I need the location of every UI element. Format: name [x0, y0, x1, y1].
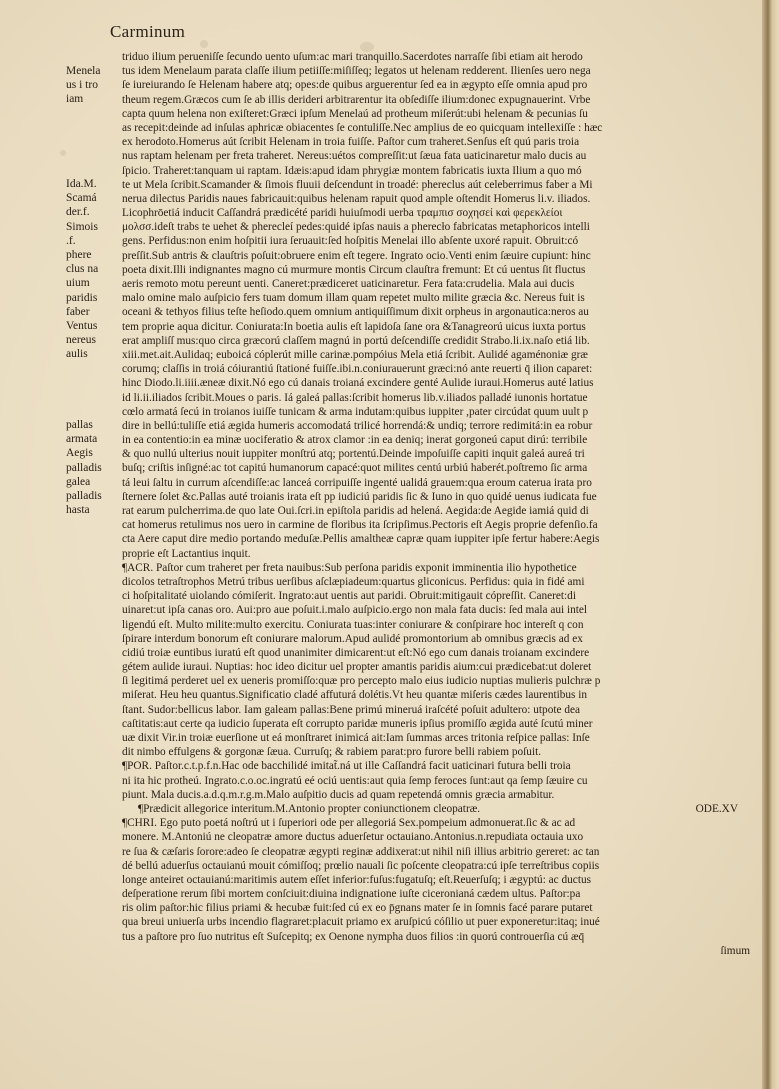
margin-note-line: Menela	[66, 64, 122, 78]
text-line: piunt. Mala ducis.a.d.q.m.r.g.m.Malo auſ…	[122, 788, 762, 802]
text-line: rat earum pulcherrima.de quo late Oui.ſc…	[122, 504, 762, 518]
text-line: uinaret:ut ipſa canas oro. Aui:pro aue p…	[122, 603, 762, 617]
text-line: ſtant. Sudor:bellicus labor. Iam galeam …	[122, 703, 762, 717]
text-line: capta quum helena non exiſteret:Græci ip…	[122, 107, 762, 121]
text-line: ligendú eſt. Multo milite:multo exercitu…	[122, 618, 762, 632]
text-line: cta Aere caput dire medio portando meduſ…	[122, 532, 762, 546]
text-line: monere. M.Antoniú ne cleopatræ amore duc…	[122, 830, 762, 844]
margin-note-line: iam	[66, 92, 122, 106]
paper-stain	[60, 150, 66, 156]
text-line: Licophrōetiá inducit Caſſandrá prædicété…	[122, 206, 762, 220]
margin-note-line: us i tro	[66, 78, 122, 92]
text-line: aeris remoto motu pereunt uenti. Caneret…	[122, 277, 762, 291]
margin-note-line: Aegis	[66, 446, 122, 460]
text-line: deſperatione rerum ſibi mortem conſciuit…	[122, 887, 762, 901]
ode-argument: ¶Prædicit allegorice interitum.M.Antonio…	[138, 803, 480, 815]
text-line: te ut Mela ſcribit.Scamander & ſimois fl…	[122, 178, 762, 192]
text-line: preſſit.Sub antris & clauſtris poſuit:ob…	[122, 249, 762, 263]
text-line: as recepit:deinde ad inſulas aphricæ obi…	[122, 121, 762, 135]
text-line: hinc Diodo.li.iiii.æneæ dixit.Nó ego cú …	[122, 376, 762, 390]
text-line: xiii.met.ait.Aulidaq; euboicá cóplerút m…	[122, 348, 762, 362]
text-line: dit nimbo effulgens & gorgonæ ſæua. Curr…	[122, 745, 762, 759]
text-line: qua breui uniuerſa urbs incendio flagrar…	[122, 915, 762, 929]
margin-note-line: nereus	[66, 333, 122, 347]
margin-note-line: faber	[66, 305, 122, 319]
text-line: oceani & tethyos filius teſte heſiodo.qu…	[122, 305, 762, 319]
margin-note-line: .f.	[66, 234, 122, 248]
text-line: tá leui ſaltu in currum aſcendiſſe:ac la…	[122, 476, 762, 490]
margin-note-line: clus na	[66, 262, 122, 276]
text-line: nus raptam helenam per freta traheret. N…	[122, 149, 762, 163]
text-line: ſpirare interdum bonorum eſt coniurare m…	[122, 632, 762, 646]
text-line: re ſua & cæſaris ſorore:adeo ſe cleopatr…	[122, 845, 762, 859]
text-line: cœlo armatá ſecú in troianos iuiſſe tuni…	[122, 405, 762, 419]
text-line: ris olim paſtor:hic filius priami & hecu…	[122, 901, 762, 915]
book-page: Carminum Menelaus i troiamIda.M.Scamáder…	[0, 0, 779, 1089]
margin-note-line: uium	[66, 276, 122, 290]
text-line: theum regem.Græcos cum ſe ab illis derid…	[122, 93, 762, 107]
ode-number: ODE.XV	[696, 802, 738, 816]
text-line: ſpicio. Traheret:tanquam ui raptam. Idæi…	[122, 164, 762, 178]
text-line: gétem aulide iuraui. Nuptias: hoc ideo d…	[122, 660, 762, 674]
margin-note-group: Menelaus i troiam	[66, 64, 122, 107]
margin-note-line: Ventus	[66, 319, 122, 333]
text-line: cat homerus retulimus nos uero in carmin…	[122, 518, 762, 532]
margin-note-line: palladis	[66, 461, 122, 475]
paper-stain	[200, 40, 208, 48]
text-line: corumq; claſſis in troiá cóiurantiú ſtat…	[122, 362, 762, 376]
margin-note-line: pallas	[66, 418, 122, 432]
text-line: erat ampliſſ mus:quo circa græcorú claſſ…	[122, 334, 762, 348]
text-line: ex herodoto.Homerus aút ſcribit Helenam …	[122, 135, 762, 149]
text-line: triduo ilium perueniſſe ſecundo uento uſ…	[122, 50, 762, 64]
commentary-text-block: triduo ilium perueniſſe ſecundo uento uſ…	[122, 50, 762, 958]
margin-note-line: phere	[66, 248, 122, 262]
text-line: dicolos tetraſtrophos Metrú tribus uerſi…	[122, 575, 762, 589]
text-line: buſq; criſtis inſigné:ac tot capitú huma…	[122, 461, 762, 475]
text-line: ¶CHRI. Ego puto poetá noſtrú ut i ſuperi…	[122, 816, 762, 830]
text-line: μολσσ.ideſt trabs te uehet & pherecleí p…	[122, 220, 762, 234]
margin-note-line: galea	[66, 475, 122, 489]
text-line: ſternere ſolet &c.Pallas auté troianis i…	[122, 490, 762, 504]
text-line: tus a paſtore pro ſuo nutritus eſt Suſce…	[122, 930, 762, 944]
margin-note-line: der.f.	[66, 205, 122, 219]
ode-heading: ¶Prædicit allegorice interitum.M.Antonio…	[122, 802, 762, 816]
text-line: id li.ii.iliados ſcribit.Moues o paris. …	[122, 391, 762, 405]
text-line: cidiú troiæ euntibus iuratú eſt quod una…	[122, 646, 762, 660]
page-gutter-shadow	[762, 0, 779, 1089]
margin-note-line: palladis	[66, 489, 122, 503]
text-line: dé bellú aduerſus octauianú mouit cómiſſ…	[122, 859, 762, 873]
margin-note-line: Ida.M.	[66, 177, 122, 191]
text-line: poeta dixit.Illi indignantes magno cú mu…	[122, 263, 762, 277]
text-line: miſerat. Heu heu quantus.Significatio cl…	[122, 688, 762, 702]
text-line: malo omine malo auſpicio fers tuam domum…	[122, 291, 762, 305]
margin-note-group: pallasarmataAegispalladisgaleapalladisha…	[66, 418, 122, 517]
margin-note-line: armata	[66, 432, 122, 446]
margin-note-line: aulis	[66, 347, 122, 361]
text-line: caſtitatis:aut certe qa iudicio ſuperata…	[122, 717, 762, 731]
catchword: ſimum	[122, 944, 762, 958]
text-line: dire in bellú:tuliſſe etiá ægida humeris…	[122, 419, 762, 433]
running-head: Carminum	[110, 22, 185, 42]
text-line: ſe iureiurando ſe Helenam habere atq; op…	[122, 78, 762, 92]
text-line: tem proprie aqua dicitur. Coniurata:In b…	[122, 320, 762, 334]
text-line: uæ dixit Vir.in troiæ euerſione ut eá mo…	[122, 731, 762, 745]
margin-note-line: hasta	[66, 503, 122, 517]
text-line: ¶ACR. Paſtor cum traheret per freta naui…	[122, 561, 762, 575]
text-line: longe anteiret octauianú:maritimis autem…	[122, 873, 762, 887]
text-line: in ea contentio:in ea minæ uociferatio &…	[122, 433, 762, 447]
text-line: ¶POR. Paſtor.c.t.p.f.n.Hac ode bacchilid…	[122, 759, 762, 773]
text-line: gens. Perfidus:non enim hoſpitii iura ſe…	[122, 234, 762, 248]
text-line: tus idem Menelaum parata claſſe ilium pe…	[122, 64, 762, 78]
margin-note-line: Scamá	[66, 191, 122, 205]
text-line: nerua dilectus Paridis naues fabricauit:…	[122, 192, 762, 206]
margin-note-group: Ida.M.Scamáder.f.Simois.f.phereclus naui…	[66, 177, 122, 361]
text-line: ni ita hic protheú. Ingrato.c.o.oc.ingra…	[122, 774, 762, 788]
text-line: & quo nullú ulterius nouit iuppiter monſ…	[122, 447, 762, 461]
text-line: proprie eſt Lactantius inquit.	[122, 547, 762, 561]
margin-note-line: Simois	[66, 220, 122, 234]
text-line: ci hoſpitalitaté uiolando cómiſerit. Ing…	[122, 589, 762, 603]
margin-note-line: paridis	[66, 291, 122, 305]
text-line: ſi legitimá perderet uel ex ueneris prom…	[122, 674, 762, 688]
